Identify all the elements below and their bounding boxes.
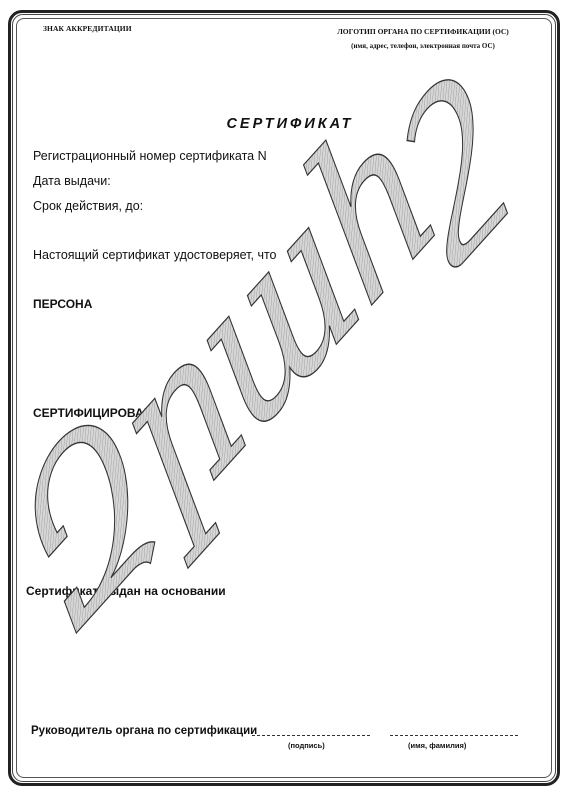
- title-text: СЕРТИФИКАТ: [226, 116, 353, 132]
- signature-caption: (подпись): [288, 741, 325, 750]
- name-line[interactable]: [390, 735, 518, 736]
- logo-title: ЛОГОТИП ОРГАНА ПО СЕРТИФИКАЦИИ (ОС): [318, 27, 528, 36]
- page-title: СЕРТИФИКАТ: [0, 116, 570, 132]
- certification-body-logo-block: ЛОГОТИП ОРГАНА ПО СЕРТИФИКАЦИИ (ОС) (имя…: [318, 27, 528, 50]
- name-caption: (имя, фамилия): [408, 741, 466, 750]
- signature-line[interactable]: [252, 735, 370, 736]
- certifies-statement: Настоящий сертификат удостоверяет, что: [33, 248, 277, 262]
- accreditation-mark-label: ЗНАК АККРЕДИТАЦИИ: [43, 24, 132, 33]
- certified-heading: СЕРТИФИЦИРОВАНА: [33, 406, 161, 420]
- issued-basis-heading: Сертификат выдан на основании: [26, 584, 226, 598]
- signatory-label: Руководитель органа по сертификации: [31, 725, 257, 737]
- person-heading: ПЕРСОНА: [33, 297, 92, 311]
- registration-number-label: Регистрационный номер сертификата N: [33, 149, 267, 163]
- logo-subtitle: (имя, адрес, телефон, электронная почта …: [318, 42, 528, 50]
- certificate-border-inner: [16, 18, 552, 778]
- valid-until-label: Срок действия, до:: [33, 199, 143, 213]
- issue-date-label: Дата выдачи:: [33, 174, 111, 188]
